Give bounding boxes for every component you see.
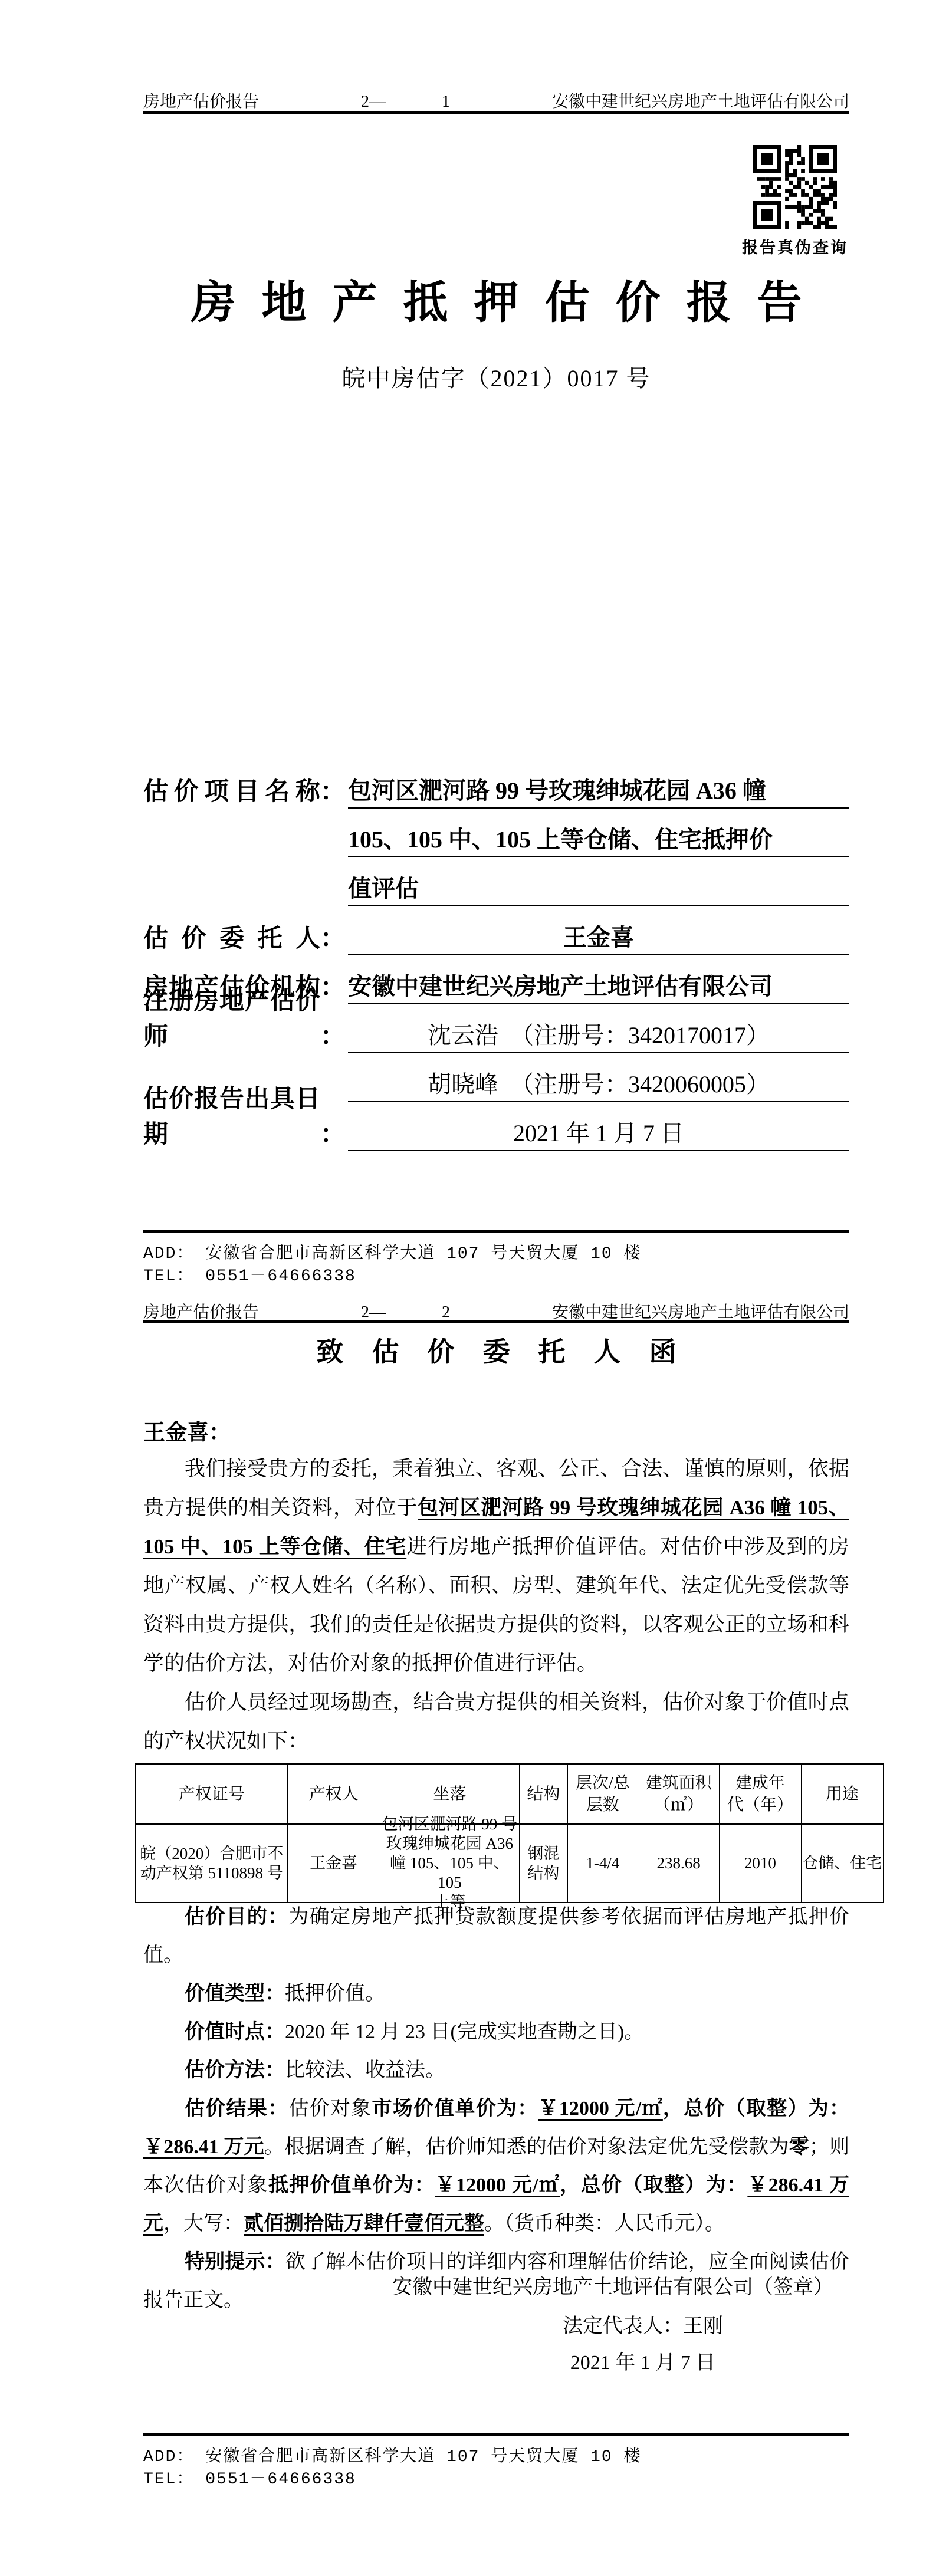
field-row: 值评估 [143, 857, 849, 906]
table-header-cell: 层次/总 层数 [568, 1765, 638, 1825]
text-run: 价值类型： [185, 1983, 285, 2005]
table-cell: 2010 [720, 1825, 801, 1902]
page1-running-header: 房地产估价报告 2— 1 安徽中建世纪兴房地产土地评估有限公司 [143, 88, 849, 112]
text-run: ￥12000 元/㎡ [435, 2174, 560, 2196]
field-value: 值评估 [348, 870, 849, 906]
field-label: 注册房地产估价师 [143, 981, 320, 1053]
page-number: 1 [442, 93, 450, 111]
field-row: 估价委托人：王金喜 [143, 906, 849, 955]
field-label-colon: ： [320, 772, 348, 809]
text-run: 2020 年 12 月 23 日(完成实地查勘之日)。 [285, 2021, 644, 2043]
footer-address: ADD： 安徽省合肥市高新区科学大道 107 号天贸大厦 10 楼 [143, 1240, 849, 1263]
page-count-prefix: 2— [361, 93, 386, 111]
text-run: 特别提示： [185, 2251, 285, 2273]
table-cell: 238.68 [638, 1825, 720, 1902]
field-label-colon: ： [320, 919, 348, 955]
table-header-cell: 建成年 代（年） [720, 1765, 801, 1825]
report-document: 房地产估价报告 2— 1 安徽中建世纪兴房地产土地评估有限公司 报告真伪查询 房… [0, 0, 936, 2576]
field-label: 估价委托人 [143, 919, 320, 955]
field-value: 2021 年 1 月 7 日 [348, 1115, 849, 1151]
page2-running-header: 房地产估价报告 2— 2 安徽中建世纪兴房地产土地评估有限公司 [143, 1299, 849, 1323]
table-header-cell: 结构 [520, 1765, 568, 1825]
footer-phone: TEL： 0551－64666338 [143, 2465, 849, 2489]
table-cell: 仓储、住宅 [802, 1825, 883, 1902]
body-paragraph: 价值时点：2020 年 12 月 23 日(完成实地查勘之日)。 [143, 2013, 849, 2051]
text-run: 价值时点： [185, 2021, 285, 2043]
table-header-cell: 产权人 [288, 1765, 380, 1825]
qr-caption: 报告真伪查询 [737, 235, 853, 258]
table-row: 皖（2020）合肥市不 动产权第 5110898 号王金喜包河区淝河路 99 号… [136, 1825, 883, 1902]
cover-fields-block: 估价项目名称：包河区淝河路 99 号玫瑰绅城花园 A36 幢105、105 中、… [143, 760, 849, 1151]
text-run: 。根据调查了解，估价师知悉的估价对象法定优先受偿款为 [264, 2136, 789, 2158]
table-cell: 皖（2020）合肥市不 动产权第 5110898 号 [136, 1825, 288, 1902]
text-run: 估价对象 [288, 2098, 372, 2120]
field-value: 王金喜 [348, 919, 849, 955]
field-value: 安徽中建世纪兴房地产土地评估有限公司 [348, 968, 849, 1004]
signature-date: 2021 年 1 月 7 日 [478, 2346, 808, 2375]
table-header-cell: 产权证号 [136, 1765, 288, 1825]
footer-divider [143, 2433, 849, 2436]
text-run: 估价方法： [185, 2059, 285, 2081]
table-cell: 1-4/4 [568, 1825, 638, 1902]
footer-phone: TEL： 0551－64666338 [143, 1262, 849, 1286]
table-cell: 包河区淝河路 99 号 玫瑰绅城花园 A36 幢 105、105 中、105 上… [380, 1825, 520, 1902]
letter-paragraph: 估价人员经过现场勘查，结合贵方提供的相关资料，估价对象于价值时点的产权状况如下： [143, 1683, 849, 1761]
field-value: 105、105 中、105 上等仓储、住宅抵押价 [348, 821, 849, 857]
table-cell: 王金喜 [288, 1825, 380, 1902]
text-run: 估价结果： [185, 2098, 288, 2120]
qr-code [753, 145, 837, 229]
running-header-doc-title: 房地产估价报告 [143, 1299, 259, 1323]
text-run: ，总价（取整）为： [560, 2174, 747, 2196]
letter-paragraph: 我们接受贵方的委托，秉着独立、客观、公正、合法、谨慎的原则，依据贵方提供的相关资… [143, 1450, 849, 1683]
field-label: 估价项目名称 [143, 772, 320, 809]
text-run: 估价人员经过现场勘查，结合贵方提供的相关资料，估价对象于价值时点的产权状况如下： [143, 1691, 849, 1753]
page-number-group: 2— 1 [361, 93, 450, 111]
letter-body: 我们接受贵方的委托，秉着独立、客观、公正、合法、谨慎的原则，依据贵方提供的相关资… [143, 1450, 849, 1761]
running-header-doc-title: 房地产估价报告 [143, 88, 259, 112]
field-value: 包河区淝河路 99 号玫瑰绅城花园 A36 幢 [348, 772, 849, 809]
header-divider [143, 1320, 849, 1323]
body-paragraph: 估价目的：为确定房地产抵押贷款额度提供参考依据而评估房地产抵押价值。 [143, 1898, 849, 1974]
text-run: 估价目的： [185, 1906, 288, 1928]
text-run: 比较法、收益法。 [285, 2059, 445, 2081]
header-divider [143, 111, 849, 114]
table-header-cell: 用途 [802, 1765, 883, 1825]
text-run: ，总价（取整）为： [663, 2098, 849, 2120]
page-number-group: 2— 2 [361, 1303, 450, 1322]
text-run: 市场价值单价为： [372, 2098, 538, 2120]
page-count-prefix: 2— [361, 1303, 386, 1322]
field-row: 105、105 中、105 上等仓储、住宅抵押价 [143, 809, 849, 857]
text-run: 抵押价值。 [285, 1983, 385, 2005]
footer-address: ADD： 安徽省合肥市高新区科学大道 107 号天贸大厦 10 楼 [143, 2443, 849, 2466]
table-cell: 钢混 结构 [520, 1825, 568, 1902]
letter-salutation: 王金喜： [143, 1414, 231, 1446]
conclusion-paragraphs: 估价目的：为确定房地产抵押贷款额度提供参考依据而评估房地产抵押价值。价值类型：抵… [143, 1898, 849, 2319]
report-number: 皖中房估字（2021）0017 号 [143, 360, 849, 393]
body-paragraph: 价值类型：抵押价值。 [143, 1974, 849, 2013]
text-run: 。（货币种类：人民币元）。 [484, 2213, 725, 2235]
body-paragraph: 估价方法：比较法、收益法。 [143, 2051, 849, 2089]
signature-legal-rep: 法定代表人：王刚 [478, 2309, 808, 2338]
field-label-colon: ： [320, 968, 348, 1004]
field-label-colon: ： [320, 1115, 348, 1151]
field-label-colon: ： [320, 1017, 348, 1053]
text-run: 零 [789, 2136, 809, 2158]
running-header-company: 安徽中建世纪兴房地产土地评估有限公司 [552, 1299, 849, 1323]
running-header-company: 安徽中建世纪兴房地产土地评估有限公司 [552, 88, 849, 112]
report-title: 房地产抵押估价报告 [143, 267, 849, 331]
footer-divider [143, 1230, 849, 1233]
field-value: 沈云浩 （注册号：3420170017） [348, 1017, 849, 1053]
table-header-cell: 建筑面积 （㎡） [638, 1765, 720, 1825]
property-table: 产权证号产权人坐落结构层次/总 层数建筑面积 （㎡）建成年 代（年）用途皖（20… [135, 1763, 884, 1903]
page-number: 2 [442, 1303, 450, 1322]
field-row: 注册房地产估价师：沈云浩 （注册号：3420170017） [143, 1004, 849, 1053]
body-paragraph: 估价结果：估价对象市场价值单价为：￥12000 元/㎡，总价（取整）为：￥286… [143, 2089, 849, 2243]
text-run: 贰佰捌拾陆万肆仟壹佰元整 [244, 2213, 484, 2235]
text-run: ，大写： [163, 2213, 244, 2235]
field-value: 胡晓峰 （注册号：3420060005） [348, 1066, 849, 1102]
text-run: ￥12000 元/㎡ [538, 2098, 663, 2120]
text-run: 抵押价值单价为： [268, 2174, 435, 2196]
field-row: 估价报告出具日期：2021 年 1 月 7 日 [143, 1102, 849, 1151]
text-run: ￥286.41 万元 [143, 2136, 264, 2158]
field-row: 估价项目名称：包河区淝河路 99 号玫瑰绅城花园 A36 幢 [143, 760, 849, 809]
signature-company: 安徽中建世纪兴房地产土地评估有限公司（签章） [143, 2271, 833, 2299]
field-label: 估价报告出具日期 [143, 1079, 320, 1151]
letter-title: 致估价委托人函 [143, 1330, 849, 1369]
